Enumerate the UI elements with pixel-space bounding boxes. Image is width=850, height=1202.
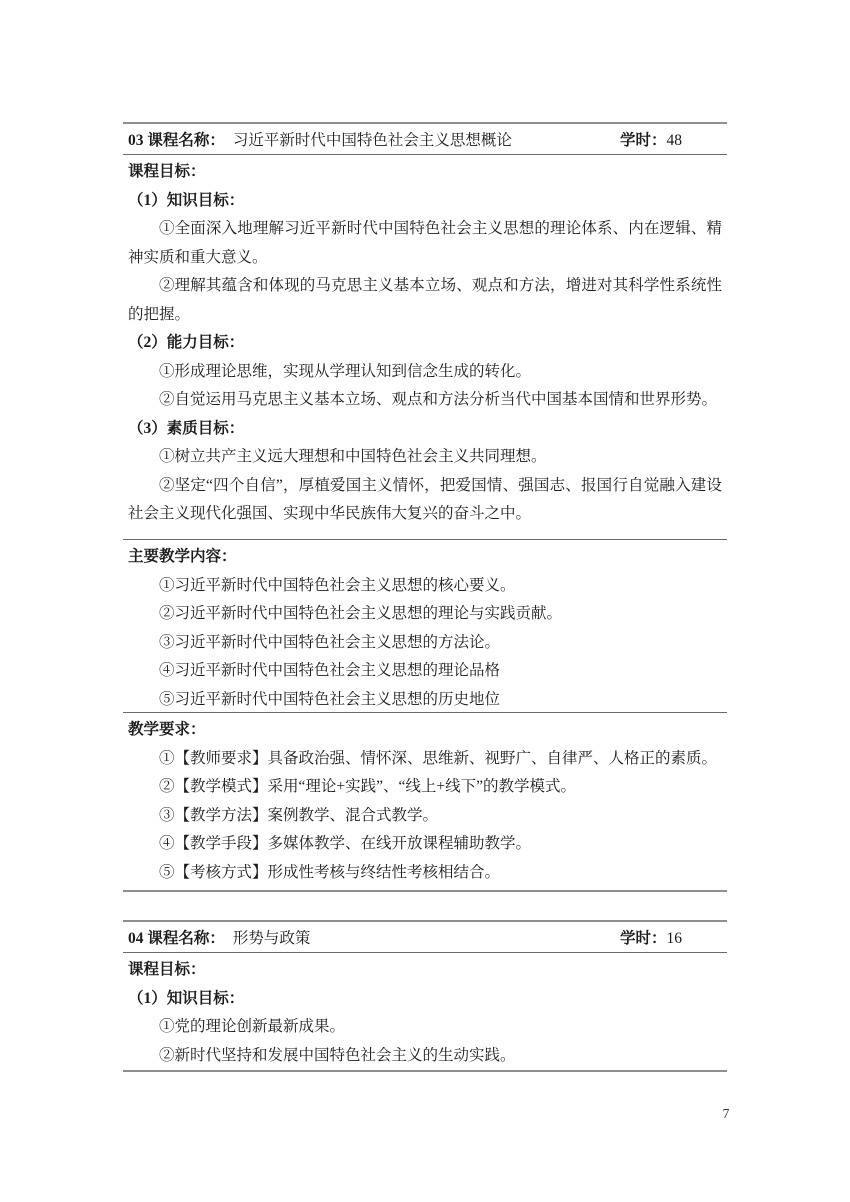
hours-label: 学时： <box>620 930 667 947</box>
hours-label: 学时： <box>620 132 667 149</box>
section-paragraph: ②新时代坚持和发展中国特色社会主义的生动实践。 <box>128 1042 722 1071</box>
section-03-1: 主要教学内容：①习近平新时代中国特色社会主义思想的核心要义。②习近平新时代中国特… <box>123 539 727 712</box>
course-header: 04 课程名称：形势与政策学时：16 <box>123 922 727 952</box>
course-hours: 学时：48 <box>620 128 722 150</box>
section-heading: 主要教学内容： <box>128 543 722 572</box>
section-heading: 教学要求： <box>128 716 722 745</box>
course-hours: 学时：16 <box>620 926 722 948</box>
page-number: 7 <box>716 1106 736 1122</box>
section-heading: 课程目标： <box>128 158 722 187</box>
course-number-label: 04 课程名称： <box>128 926 225 948</box>
hours-value: 16 <box>667 930 683 947</box>
course-table-04: 04 课程名称：形势与政策学时：16课程目标：（1）知识目标：①党的理论创新最新… <box>123 920 727 1072</box>
section-paragraph: ②【教学模式】采用“理论+实践”、“线上+线下”的教学模式。 <box>128 773 722 802</box>
section-subheading: （3）素质目标： <box>128 415 722 444</box>
section-heading: 课程目标： <box>128 956 722 985</box>
course-table-03: 03 课程名称：习近平新时代中国特色社会主义思想概论学时：48课程目标：（1）知… <box>123 122 727 892</box>
course-title: 形势与政策 <box>233 926 311 948</box>
section-paragraph: ②坚定“四个自信”，厚植爱国主义情怀，把爱国情、强国志、报国行自觉融入建设社会主… <box>128 472 722 529</box>
section-paragraph: ①党的理论创新最新成果。 <box>128 1013 722 1042</box>
section-paragraph: ③【教学方法】案例教学、混合式教学。 <box>128 802 722 831</box>
section-paragraph: ②理解其蕴含和体现的马克思主义基本立场、观点和方法，增进对其科学性系统性的把握。 <box>128 272 722 329</box>
section-paragraph: ⑤习近平新时代中国特色社会主义思想的历史地位 <box>128 686 722 715</box>
section-paragraph: ③习近平新时代中国特色社会主义思想的方法论。 <box>128 629 722 658</box>
document-page: 03 课程名称：习近平新时代中国特色社会主义思想概论学时：48课程目标：（1）知… <box>0 0 850 1202</box>
section-04-0: 课程目标：（1）知识目标：①党的理论创新最新成果。②新时代坚持和发展中国特色社会… <box>123 952 727 1070</box>
course-header: 03 课程名称：习近平新时代中国特色社会主义思想概论学时：48 <box>123 124 727 154</box>
section-03-2: 教学要求：①【教师要求】具备政治强、情怀深、思维新、视野广、自律严、人格正的素质… <box>123 712 727 890</box>
section-03-0: 课程目标：（1）知识目标：①全面深入地理解习近平新时代中国特色社会主义思想的理论… <box>123 154 727 539</box>
section-paragraph: ②习近平新时代中国特色社会主义思想的理论与实践贡献。 <box>128 600 722 629</box>
section-paragraph: ④【教学手段】多媒体教学、在线开放课程辅助教学。 <box>128 830 722 859</box>
section-paragraph: ①树立共产主义远大理想和中国特色社会主义共同理想。 <box>128 443 722 472</box>
course-title: 习近平新时代中国特色社会主义思想概论 <box>233 128 512 150</box>
section-paragraph: ①全面深入地理解习近平新时代中国特色社会主义思想的理论体系、内在逻辑、精神实质和… <box>128 215 722 272</box>
section-paragraph: ⑤【考核方式】形成性考核与终结性考核相结合。 <box>128 859 722 888</box>
section-subheading: （2）能力目标： <box>128 329 722 358</box>
section-paragraph: ①习近平新时代中国特色社会主义思想的核心要义。 <box>128 572 722 601</box>
section-paragraph: ①【教师要求】具备政治强、情怀深、思维新、视野广、自律严、人格正的素质。 <box>128 745 722 774</box>
section-subheading: （1）知识目标： <box>128 985 722 1014</box>
section-paragraph: ①形成理论思维，实现从学理认知到信念生成的转化。 <box>128 358 722 387</box>
section-subheading: （1）知识目标： <box>128 187 722 216</box>
hours-value: 48 <box>667 132 683 149</box>
section-paragraph: ④习近平新时代中国特色社会主义思想的理论品格 <box>128 657 722 686</box>
section-paragraph: ②自觉运用马克思主义基本立场、观点和方法分析当代中国基本国情和世界形势。 <box>128 386 722 415</box>
course-number-label: 03 课程名称： <box>128 128 225 150</box>
